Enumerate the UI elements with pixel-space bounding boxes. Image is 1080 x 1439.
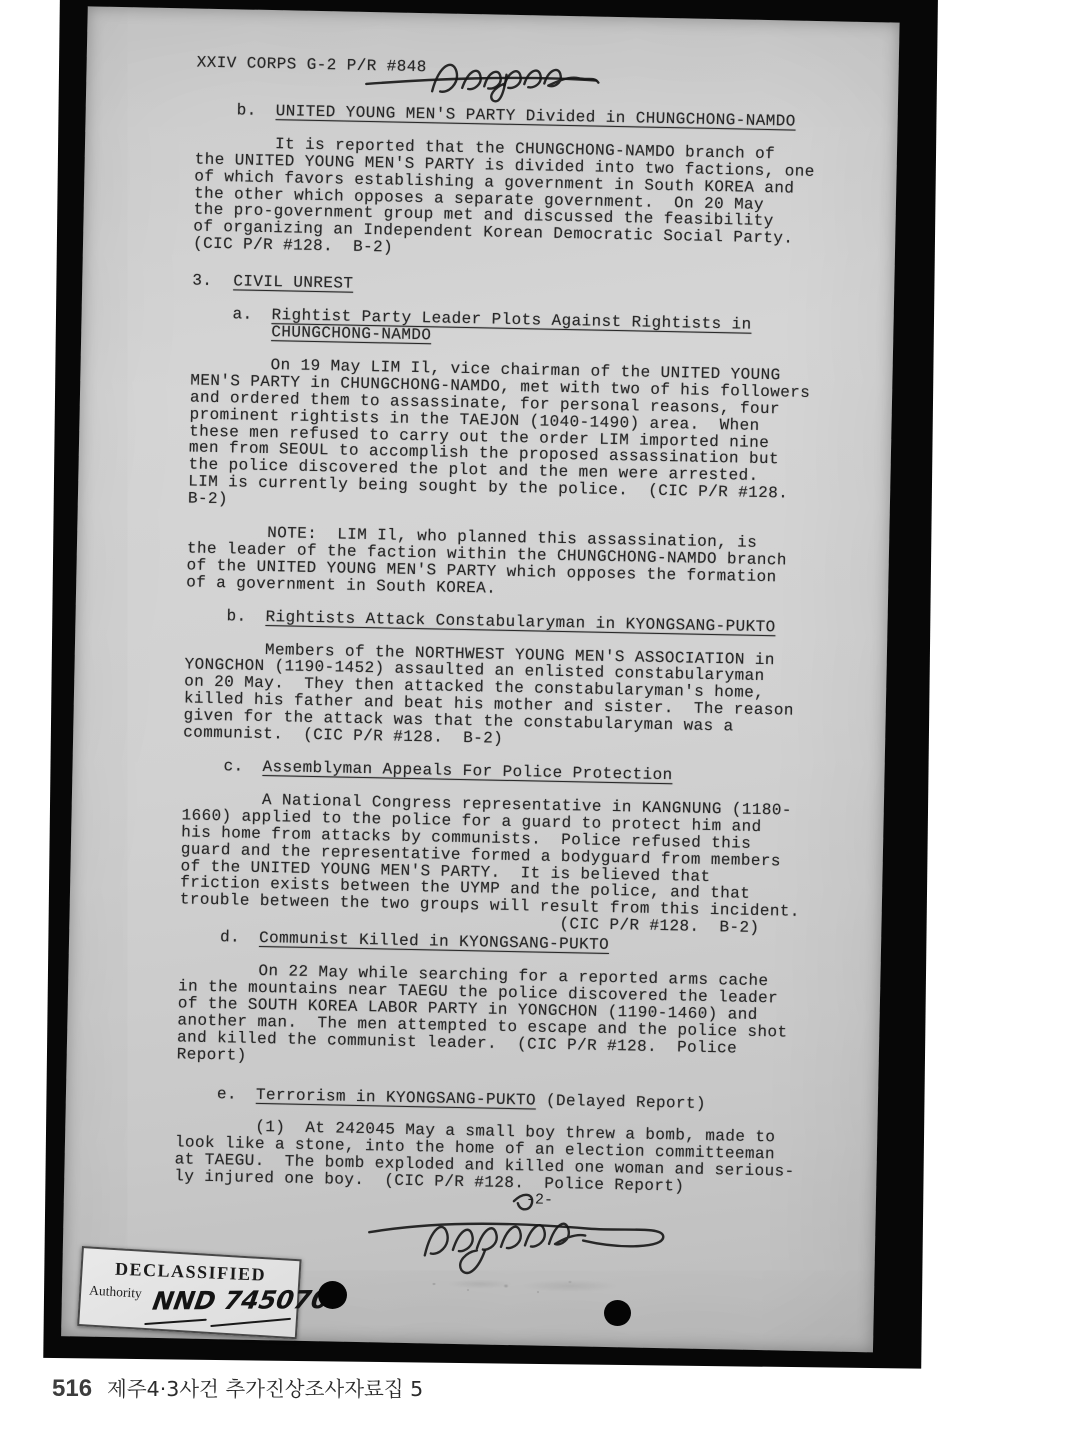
paragraph-c: A National Congress representative in KA… xyxy=(179,790,854,939)
item-title: Assemblyman Appeals For Police Protectio… xyxy=(262,758,672,784)
report-body: XXIV CORPS G-2 P/R #848 b.UNITED YOUNG M… xyxy=(174,55,869,1199)
book-caption: 516 제주4·3사건 추가진상조사자료집 5 xyxy=(52,1372,423,1403)
item-label: e. xyxy=(176,1085,256,1104)
section-b-top-heading: b.UNITED YOUNG MEN'S PARTY Divided in CH… xyxy=(196,101,868,131)
book-title-text: 제주4·3사건 추가진상조사자료집 5 xyxy=(107,1372,423,1402)
item-label: b. xyxy=(185,607,265,626)
paragraph-d: On 22 May while searching for a reported… xyxy=(177,961,851,1076)
report-header-line: XXIV CORPS G-2 P/R #848 xyxy=(196,55,868,85)
paragraph-b-top: It is reported that the CHUNGCHONG-NAMDO… xyxy=(193,134,867,266)
punch-hole-right xyxy=(604,1300,631,1326)
item-title: Terrorism in KYONGSANG-PUKTO xyxy=(256,1085,536,1109)
section-label: 3. xyxy=(192,273,233,291)
item-title: Rightists Attack Constabularyman in KYON… xyxy=(265,608,775,636)
item-label: d. xyxy=(179,929,259,948)
paragraph-a: On 19 May LIM Il, vice chairman of the U… xyxy=(188,355,863,521)
item-label: a. xyxy=(191,306,271,325)
book-page-number: 516 xyxy=(52,1375,92,1403)
confidential-handwriting-bottom-icon xyxy=(362,1180,674,1286)
item-c-heading: c.Assemblyman Appeals For Police Protect… xyxy=(182,757,854,787)
section-label: b. xyxy=(196,101,276,120)
punch-hole-left xyxy=(318,1281,347,1309)
item-title: CHUNGCHONG-NAMDO xyxy=(271,323,431,344)
item-title-suffix: (Delayed Report) xyxy=(536,1091,706,1112)
section-title: UNITED YOUNG MEN'S PARTY Divided in CHUN… xyxy=(276,102,796,130)
paragraph-a-note: NOTE: LIM Il, who planned this assassina… xyxy=(186,523,859,604)
stamp-declassified-text: DECLASSIFIED xyxy=(82,1257,299,1287)
item-e-heading: e.Terrorism in KYONGSANG-PUKTO (Delayed … xyxy=(176,1085,848,1115)
scan-background: XXIV CORPS G-2 P/R #848 b.UNITED YOUNG M… xyxy=(43,0,938,1369)
declassified-stamp: DECLASSIFIED Authority NND 745070 xyxy=(77,1246,301,1339)
item-label: c. xyxy=(182,757,262,776)
section-title: CIVIL UNREST xyxy=(233,272,353,292)
paragraph-e: (1) At 242045 May a small boy threw a bo… xyxy=(174,1118,847,1199)
item-b-heading: b.Rightists Attack Constabularyman in KY… xyxy=(185,607,857,637)
paragraph-b: Members of the NORTHWEST YOUNG MEN'S ASS… xyxy=(183,640,857,755)
pencil-smudge xyxy=(420,1272,660,1300)
document-paper: XXIV CORPS G-2 P/R #848 b.UNITED YOUNG M… xyxy=(61,6,900,1352)
section-3-heading: 3.CIVIL UNREST xyxy=(192,273,864,303)
page-number-note: -2- xyxy=(526,1191,553,1209)
